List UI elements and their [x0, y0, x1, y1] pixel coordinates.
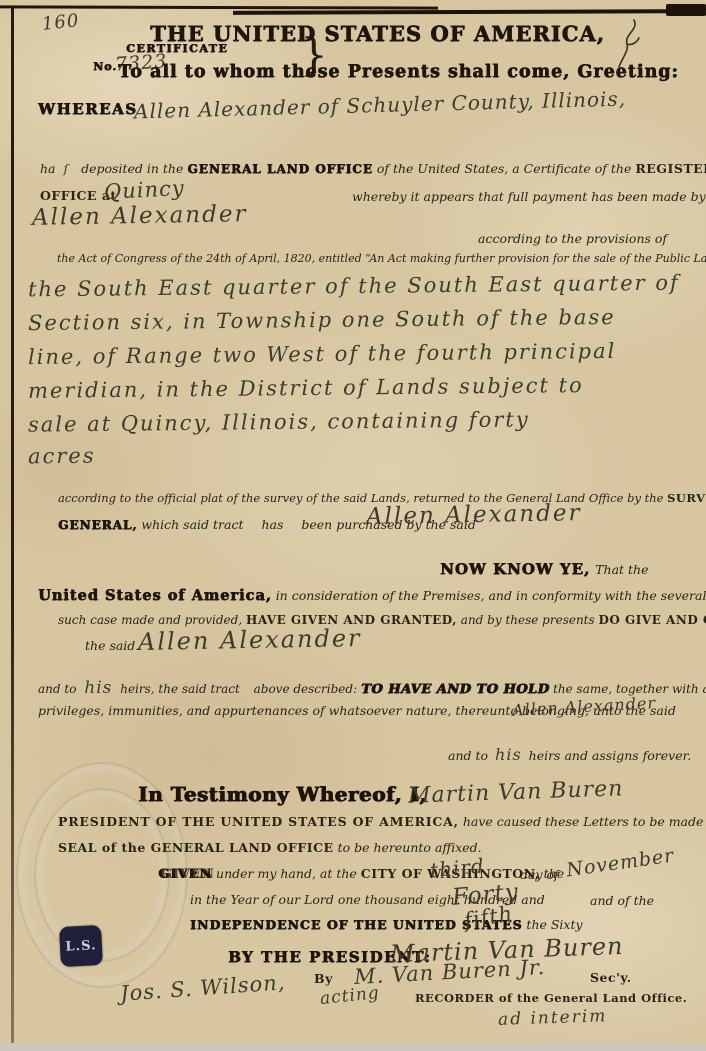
do-give-caps: DO GIVE AND GRANT, [599, 613, 706, 627]
whereas-label: WHEREAS [38, 100, 137, 118]
testimony-label: In Testimony Whereof, I, [138, 782, 427, 806]
deposit-line-1: ha ſ deposited in the GENERAL LAND OFFIC… [40, 161, 706, 176]
top-border-line-2 [233, 9, 706, 15]
now-know-ye-line: NOW KNOW YE, That the [440, 559, 649, 578]
folio-number: 160 [41, 10, 80, 35]
by-label: By [314, 971, 333, 986]
purchaser-name: Allen Alexander [366, 500, 582, 530]
heirs-tract-text: heirs, the said tract [120, 682, 240, 696]
has-text: has [261, 517, 283, 532]
general-land-office-caps: GENERAL LAND OFFICE [187, 162, 373, 176]
left-margin-rule [11, 8, 14, 1051]
caused-text: have caused these Letters to be made PAT… [463, 814, 706, 829]
grantee-name-line: Allen Alexander of Schuyler County, Illi… [134, 87, 627, 124]
greeting-line: To all to whom these Presents shall come… [118, 62, 533, 82]
top-border-line [0, 5, 438, 9]
and-to-text-2: and to [448, 748, 488, 763]
seal-caps: SEAL of the GENERAL LAND OFFICE [58, 840, 334, 855]
day-handwritten: third [429, 854, 486, 883]
top-right-corner-mark [666, 4, 706, 16]
his-handwritten-2: his [495, 745, 522, 764]
bottom-scan-edge [0, 1043, 706, 1051]
now-know-ye-caps: NOW KNOW YE, [440, 560, 590, 578]
land-office-place: Quincy [103, 176, 185, 204]
provisions-text: according to the provisions of [478, 231, 667, 246]
usa-consideration-line: United States of America, in considerati… [38, 587, 706, 604]
president-name-handwritten: Martin Van Buren [408, 776, 624, 809]
day-of-text: day of [520, 867, 559, 882]
of-united-states-text: of the United States, a Certificate of t… [377, 161, 632, 176]
document-title: THE UNITED STATES OF AMERICA, [150, 21, 520, 46]
acting-handwritten: acting [319, 983, 381, 1009]
grantee-signature-text: Allen Alexander [138, 624, 362, 656]
surveyor-caps: SURVEYOR [667, 491, 706, 505]
independence-line: INDEPENDENCE OF THE UNITED STATES the Si… [190, 917, 583, 932]
and-of-the-text: and of the [590, 893, 654, 908]
register-caps: REGISTER OF THE LAND [635, 161, 706, 176]
land-desc-line: line, of Range two West of the fourth pr… [28, 335, 617, 373]
ad-interim-handwritten: ad interim [498, 1006, 608, 1030]
under-my-hand-text: under my hand, at the [216, 866, 357, 881]
whereby-text: whereby it appears that full payment has… [352, 189, 706, 204]
forever-line: and to his heirs and assigns forever. [448, 745, 691, 764]
land-desc-line: sale at Quincy, Illinois, containing for… [28, 403, 530, 440]
act-of-congress-line: the Act of Congress of the 24th of April… [57, 252, 706, 265]
consideration-text: in consideration of the Premises, and in… [276, 588, 706, 603]
has-handwritten-s: ſ [64, 161, 70, 176]
secy-label: Sec'y. [590, 970, 632, 985]
land-desc-line: Section six, in Township one South of th… [28, 301, 616, 339]
certificate-no-label: No. [93, 60, 117, 73]
land-desc-line: acres [28, 440, 96, 473]
seal-line: SEAL of the GENERAL LAND OFFICE to be he… [58, 840, 482, 855]
above-described-text: above described: [254, 682, 358, 696]
which-said-tract-text: which said tract [141, 517, 243, 532]
forever-text: heirs and assigns forever. [529, 748, 692, 763]
month-handwritten: November [565, 845, 676, 882]
ls-seal-text: L.S. [65, 938, 97, 955]
president-line: PRESIDENT OF THE UNITED STATES OF AMERIC… [58, 814, 706, 829]
to-have-and-hold-caps: TO HAVE AND TO HOLD [361, 682, 549, 697]
payer-signature-text: Allen Alexander [32, 201, 248, 231]
such-case-text: such case made and provided, [58, 613, 242, 627]
recorder-label-text: RECORDER of the General Land Office. [415, 991, 687, 1005]
usa-caps: United States of America, [38, 587, 272, 604]
ls-seal-stamp: L.S. [59, 925, 103, 967]
and-by-text: and by these presents [461, 613, 595, 627]
land-desc-line: meridian, in the District of Lands subje… [28, 369, 584, 407]
that-the-text: That the [595, 562, 648, 577]
his-handwritten: his [84, 678, 112, 698]
has-prefix: ha [40, 161, 56, 176]
land-description-block: the South East quarter of the South East… [28, 270, 680, 474]
land-desc-line: the South East quarter of the South East… [28, 267, 680, 306]
and-to-text: and to [38, 682, 76, 696]
the-said-text: the said [85, 638, 135, 653]
deposited-text: deposited in the [81, 161, 183, 176]
land-patent-document: 160 CERTIFICATE No. 7323 } THE UNITED ST… [0, 0, 706, 1051]
given-caps: GIVEN [158, 867, 212, 882]
president-caps: PRESIDENT OF THE UNITED STATES OF AMERIC… [58, 814, 459, 829]
affixed-text: to be hereunto affixed. [338, 840, 482, 855]
grant-line: such case made and provided, HAVE GIVEN … [58, 613, 706, 627]
recorder-label: RECORDER of the General Land Office. [415, 990, 687, 1005]
sixty-text: the Sixty [526, 917, 582, 932]
general-caps: GENERAL, [58, 518, 137, 532]
recorder-signature: Jos. S. Wilson, [119, 970, 286, 1005]
